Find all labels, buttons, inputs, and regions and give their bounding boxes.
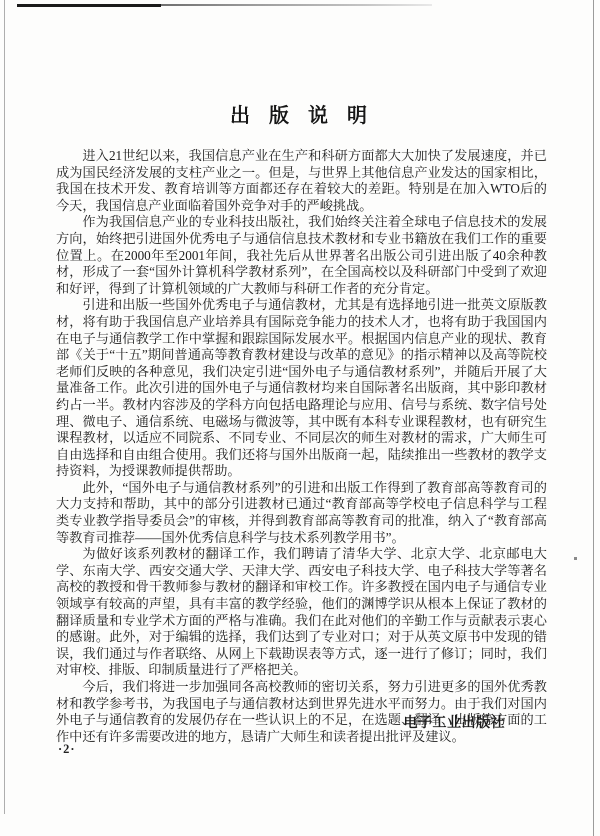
paragraph-2: 作为我国信息产业的专业科技出版社，我们始终关注着全球电子信息技术的发展方向，始终… bbox=[56, 214, 547, 297]
document-body: 进入21世纪以来，我国信息产业在生产和科研方面都大大加快了发展速度，并已成为国民… bbox=[56, 148, 547, 745]
page-title: 出 版 说 明 bbox=[0, 99, 600, 128]
paragraph-1: 进入21世纪以来，我国信息产业在生产和科研方面都大大加快了发展速度，并已成为国民… bbox=[56, 148, 547, 214]
scanned-book-page: 出 版 说 明 进入21世纪以来，我国信息产业在生产和科研方面都大大加快了发展速… bbox=[0, 0, 600, 836]
publisher-signature: 电子工业出版社 bbox=[404, 712, 506, 732]
paragraph-3: 引进和出版一些国外优秀电子与通信教材，尤其是有选择地引进一批英文原版教材，将有助… bbox=[56, 297, 547, 480]
paragraph-5: 为做好该系列教材的翻译工作，我们聘请了清华大学、北京大学、北京邮电大学、东南大学… bbox=[56, 546, 547, 679]
page-number: ·2· bbox=[58, 742, 76, 757]
paragraph-4: 此外，“国外电子与通信教材系列”的引进和出版工作得到了教育部高等教育司的大力支持… bbox=[56, 480, 547, 546]
scan-artifact-top-bar-fade bbox=[161, 4, 432, 6]
scan-artifact-top-bar bbox=[17, 4, 161, 7]
scan-artifact-speck bbox=[574, 557, 577, 560]
